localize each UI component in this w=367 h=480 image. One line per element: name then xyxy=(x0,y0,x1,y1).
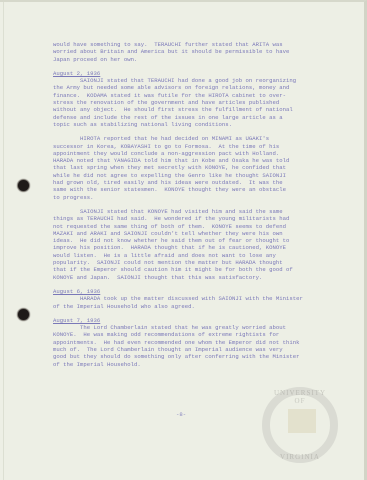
paragraph: HARADA took up the matter discussed with… xyxy=(53,295,343,310)
page-edge xyxy=(3,2,4,480)
university-seal-watermark: UNIVERSITY OF VIRGINIA xyxy=(262,387,338,463)
rotunda-icon xyxy=(288,409,316,433)
paragraph: SAIONJI stated that KONOYE had visited h… xyxy=(53,208,343,281)
paragraph: would have something to say. TERAUCHI fu… xyxy=(53,41,343,63)
paragraph: SAIONJI stated that TERAUCHI had done a … xyxy=(53,77,343,128)
punch-hole-top xyxy=(18,180,29,191)
punch-hole-bottom xyxy=(18,309,29,320)
seal-top-text: UNIVERSITY OF xyxy=(270,389,330,405)
date-heading-august-7: August 7, 1936 xyxy=(53,317,343,324)
page-number: -8- xyxy=(176,411,186,418)
date-heading-august-6: August 6, 1936 xyxy=(53,288,343,295)
paragraph: HIROTA reported that he had decided on M… xyxy=(53,135,343,201)
seal-bottom-text: VIRGINIA xyxy=(270,453,330,461)
date-heading-august-2: August 2, 1936 xyxy=(53,70,343,77)
document-page: would have something to say. TERAUCHI fu… xyxy=(0,0,367,480)
typed-text-body: would have something to say. TERAUCHI fu… xyxy=(53,41,343,368)
paragraph: The Lord Chamberlain stated that he was … xyxy=(53,324,343,368)
